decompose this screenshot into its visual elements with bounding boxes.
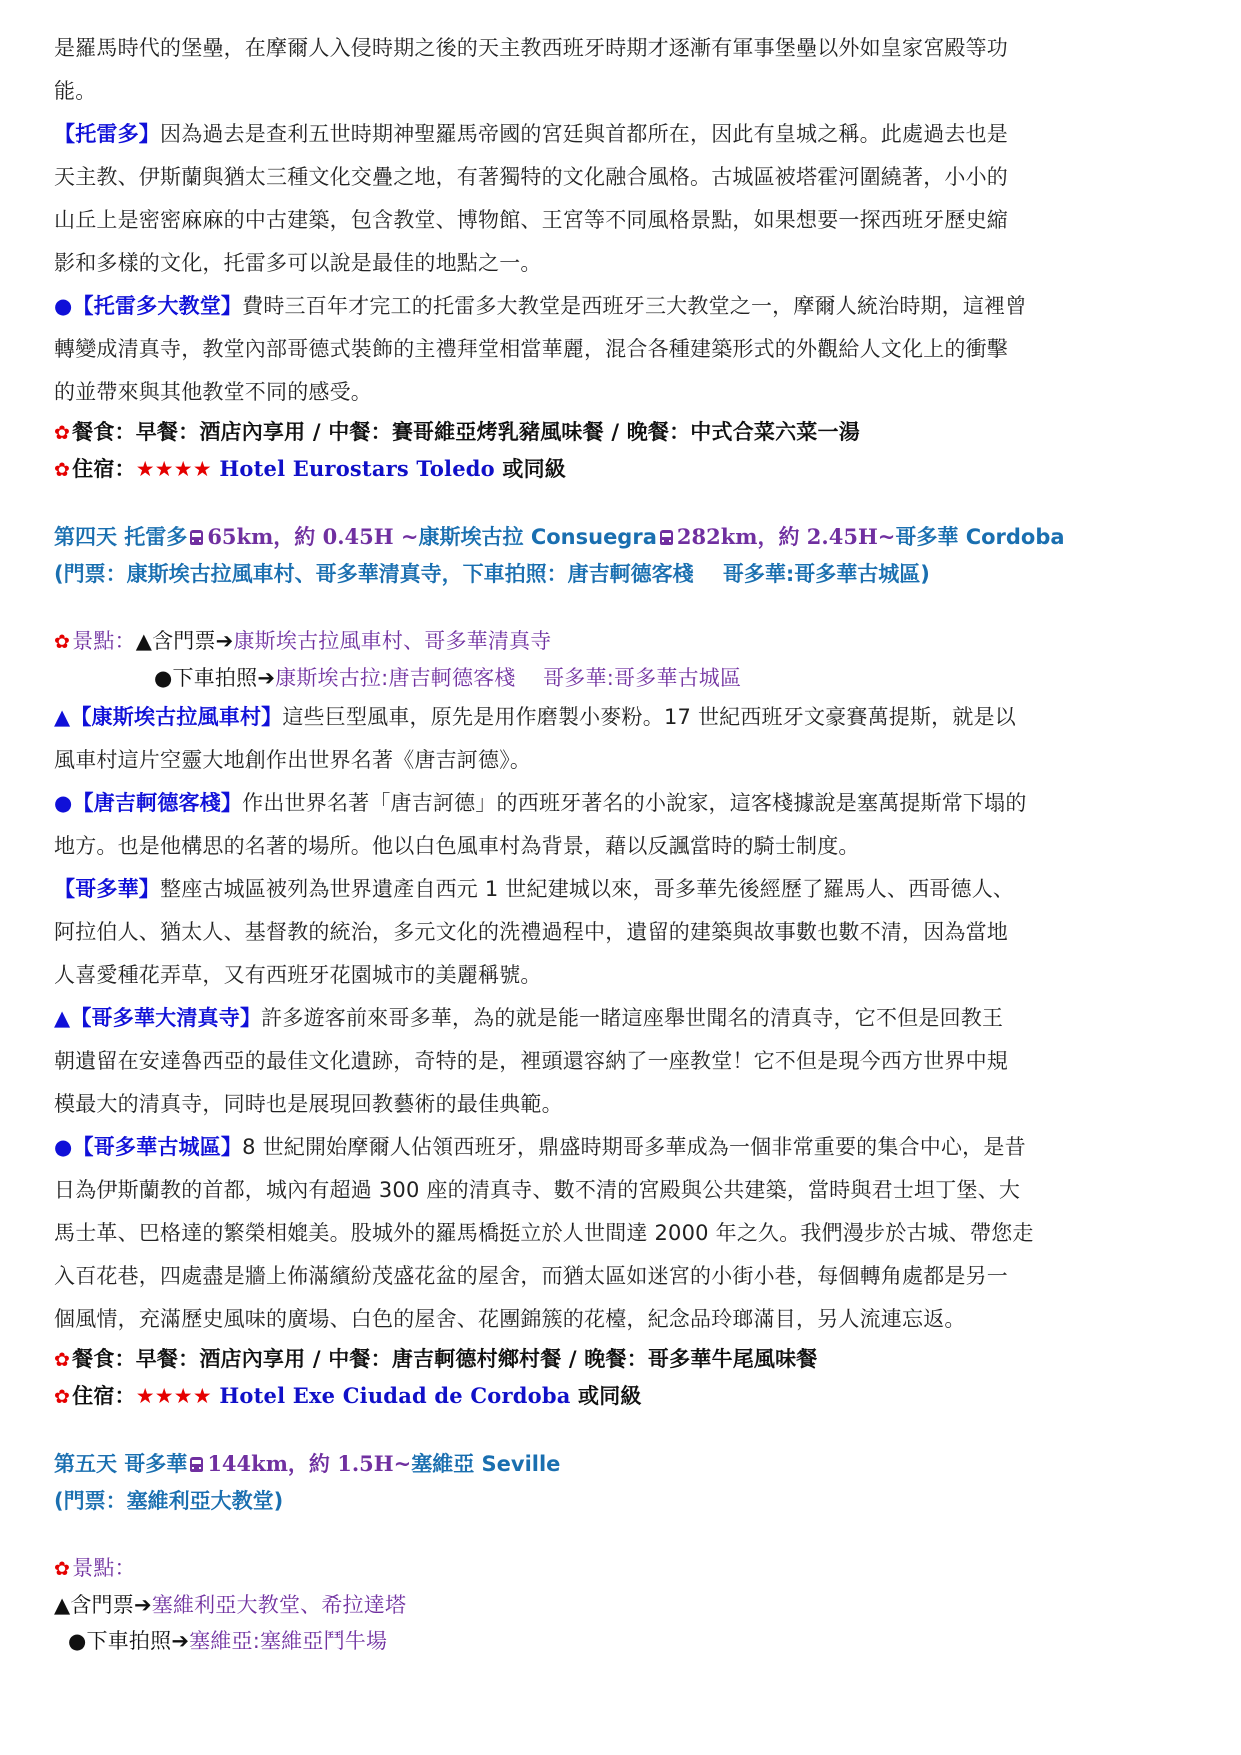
toledo-cathedral-heading: 【托雷多大教堂】 [73,294,243,318]
day4-sights: ✿景點：▲含門票➔康斯埃古拉風車村、哥多華清真寺 [54,623,1186,660]
inn-heading: 【唐吉軻德客棧】 [73,791,243,815]
bullet-circle-icon: ● [54,1135,73,1159]
flower-icon: ✿ [54,1349,70,1371]
cordoba-line-2: 阿拉伯人、猶太人、基督教的統治，多元文化的洗禮過程中，遺留的建築與故事數也數不清… [54,911,1186,954]
windmill-paragraph: ▲【康斯埃古拉風車村】這些巨型風車，原先是用作磨製小麥粉。17 世紀西班牙文豪賽… [54,696,1186,739]
toledo-cathedral-line-3: 的並帶來與其他教堂不同的感受。 [54,371,1186,414]
bus-icon [190,530,203,545]
day5-included: ▲含門票➔塞維利亞大教堂、希拉達塔 [54,1587,1186,1623]
day4-meals: ✿餐食：早餐：酒店內享用 / 中餐：唐吉軻德村鄉村餐 / 晚餐：哥多華牛尾風味餐 [54,1341,1186,1378]
flower-icon: ✿ [54,1558,70,1580]
windmill-heading: 【康斯埃古拉風車村】 [70,705,282,729]
day4-tickets: (門票：康斯埃古拉風車村、哥多華清真寺，下車拍照：唐吉軻德客棧 哥多華:哥多華古… [54,556,1186,593]
old-town-line-4: 入百花巷，四處盡是牆上佈滿繽紛茂盛花盆的屋舍，而猶太區如迷宮的小街小巷，每個轉角… [54,1255,1186,1298]
star-rating-icon: ★★★★ [136,1384,212,1408]
cordoba-line-3: 人喜愛種花弄草，又有西班牙花園城市的美麗稱號。 [54,954,1186,997]
old-town-line-5: 個風情，充滿歷史風味的廣場、白色的屋舍、花團錦簇的花檯，紀念品玲瑯滿目，另人流連… [54,1298,1186,1341]
toledo-line-4: 影和多樣的文化，托雷多可以說是最佳的地點之一。 [54,242,1186,285]
flower-icon: ✿ [54,459,70,481]
mosque-line-3: 模最大的清真寺，同時也是展現回教藝術的最佳典範。 [54,1083,1186,1126]
old-town-line-2: 日為伊斯蘭教的首都，城內有超過 300 座的清真寺、數不清的宮殿與公共建築，當時… [54,1169,1186,1212]
bus-icon [660,530,673,545]
flower-icon: ✿ [54,1386,70,1408]
mosque-heading: 【哥多華大清真寺】 [70,1006,261,1030]
flower-icon: ✿ [54,631,70,653]
inn-line-2: 地方。也是他構思的名著的場所。他以白色風車村為背景，藉以反諷當時的騎士制度。 [54,825,1186,868]
cordoba-paragraph: 【哥多華】整座古城區被列為世界遺產自西元 1 世紀建城以來，哥多華先後經歷了羅馬… [54,868,1186,911]
hotel-name: Hotel Exe Ciudad de Cordoba [212,1383,578,1408]
old-town-paragraph: ●【哥多華古城區】8 世紀開始摩爾人佔領西班牙，鼎盛時期哥多華成為一個非常重要的… [54,1126,1186,1169]
mosque-paragraph: ▲【哥多華大清真寺】許多遊客前來哥多華，為的就是能一睹這座舉世聞名的清真寺，它不… [54,997,1186,1040]
cordoba-heading: 【哥多華】 [54,877,160,901]
day4-photo-stops: ●下車拍照➔康斯埃古拉:唐吉軻德客棧 哥多華:哥多華古城區 [54,660,1186,696]
intro-line-1: 是羅馬時代的堡壘，在摩爾人入侵時期之後的天主教西班牙時期才逐漸有軍事堡壘以外如皇… [54,27,1186,70]
bullet-circle-icon: ● [54,294,73,318]
day4-title: 第四天 托雷多65km，約 0.45H ~康斯埃古拉 Consuegra282k… [54,518,1186,556]
day3-meals: ✿餐食：早餐：酒店內享用 / 中餐：賽哥維亞烤乳豬風味餐 / 晚餐：中式合菜六菜… [54,414,1186,451]
toledo-paragraph: 【托雷多】因為過去是查利五世時期神聖羅馬帝國的宮廷與首都所在，因此有皇城之稱。此… [54,113,1186,156]
toledo-cathedral-paragraph: ●【托雷多大教堂】費時三百年才完工的托雷多大教堂是西班牙三大教堂之一，摩爾人統治… [54,285,1186,328]
day5-sights-label: ✿景點： [54,1550,1186,1587]
day5-photo-stops: ●下車拍照➔塞維亞:塞維亞鬥牛場 [54,1623,1186,1659]
toledo-heading: 【托雷多】 [54,122,160,146]
day5-title: 第五天 哥多華144km，約 1.5H~塞維亞 Seville [54,1445,1186,1483]
old-town-line-3: 馬士革、巴格達的繁榮相媲美。股城外的羅馬橋挺立於人世間達 2000 年之久。我們… [54,1212,1186,1255]
bus-icon [190,1457,203,1472]
toledo-cathedral-line-2: 轉變成清真寺，教堂內部哥德式裝飾的主禮拜堂相當華麗，混合各種建築形式的外觀給人文… [54,328,1186,371]
itinerary-document: 是羅馬時代的堡壘，在摩爾人入侵時期之後的天主教西班牙時期才逐漸有軍事堡壘以外如皇… [54,27,1186,1659]
mosque-line-2: 朝遺留在安達魯西亞的最佳文化遺跡，奇特的是，裡頭還容納了一座教堂！它不但是現今西… [54,1040,1186,1083]
old-town-heading: 【哥多華古城區】 [73,1135,243,1159]
hotel-name: Hotel Eurostars Toledo [212,456,503,481]
intro-line-2: 能。 [54,70,1186,113]
bullet-circle-icon: ● [54,791,73,815]
toledo-line-3: 山丘上是密密麻麻的中古建築，包含教堂、博物館、王宮等不同風格景點，如果想要一探西… [54,199,1186,242]
bullet-triangle-icon: ▲ [54,1006,70,1030]
day3-hotel: ✿住宿：★★★★ Hotel Eurostars Toledo 或同級 [54,451,1186,488]
bullet-triangle-icon: ▲ [54,705,70,729]
toledo-line-2: 天主教、伊斯蘭與猶太三種文化交疊之地，有著獨特的文化融合風格。古城區被塔霍河圍繞… [54,156,1186,199]
day4-hotel: ✿住宿：★★★★ Hotel Exe Ciudad de Cordoba 或同級 [54,1378,1186,1415]
inn-paragraph: ●【唐吉軻德客棧】作出世界名著「唐吉訶德」的西班牙著名的小說家，這客棧據說是塞萬… [54,782,1186,825]
windmill-line-2: 風車村這片空靈大地創作出世界名著《唐吉訶德》。 [54,739,1186,782]
day5-tickets: (門票：塞維利亞大教堂) [54,1483,1186,1520]
flower-icon: ✿ [54,422,70,444]
star-rating-icon: ★★★★ [136,457,212,481]
